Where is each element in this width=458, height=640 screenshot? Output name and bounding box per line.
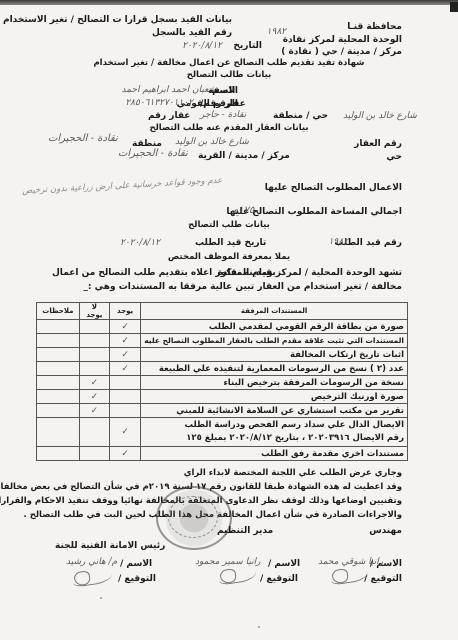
registry-number-value: ١٩٨٢: [267, 27, 286, 38]
property-no-label: رقم العقار: [354, 139, 402, 150]
not-exists-check: [79, 362, 109, 376]
table-row: الايصال الدال علي سداد رسم الفحص ودراسة …: [37, 418, 408, 447]
not-exists-check: [79, 348, 109, 362]
notes-cell: [37, 376, 80, 390]
notes-cell: [37, 320, 80, 334]
document-cell: المستندات التي تثبت علاقة مقدم الطلب بال…: [141, 334, 408, 348]
document-cell: اثبات تاريخ ارتكاب المخالفة: [141, 348, 408, 362]
center-city: مركز / مدينة / حي ( نقادة ): [281, 47, 402, 58]
not-exists-check: [79, 418, 109, 447]
district-label: حي: [386, 152, 402, 163]
request-date-value: ٢٠٢٠/٨/١٢: [120, 238, 160, 249]
engineer-signature-label: التوقيع /: [364, 574, 402, 585]
document-cell: تقرير من مكتب استشاري عن السلامة الانشائ…: [141, 404, 408, 418]
table-row: المستندات التي تثبت علاقة مقدم الطلب بال…: [37, 334, 408, 348]
certificate-document: محافظة قنـا الوحدة المحلية لمركز نقادة م…: [0, 0, 458, 640]
committee-head-signature-icon: [71, 565, 113, 587]
date-value: ٢٠٢٠/٨/١٢: [182, 41, 222, 52]
center-value: نقادة - الحجيرات: [118, 148, 188, 159]
header-not-exists: لا يوجد: [79, 303, 109, 320]
request-section-title: بيانات طلب التصالح: [0, 220, 458, 231]
center-label: مركز / مدينة / القرية: [198, 151, 290, 162]
document-cell: صورة اورنيك الترخيص: [141, 390, 408, 404]
document-cell: عدد (٢ ) نسخ من الرسومات المعمارية لتنفي…: [141, 362, 408, 376]
receipt-description: الايصال الدال علي سداد رسم الفحص ودراسة …: [144, 419, 404, 432]
notes-cell: [37, 362, 80, 376]
district-value: نقادة - حاجر: [200, 110, 246, 121]
header-document: المستندات المرفقة: [141, 303, 408, 320]
certification-line2: مخالفة / تغير استخدام من العقار تبين عال…: [83, 282, 402, 293]
director-signature-icon: [217, 563, 257, 585]
committee-head-name-label: الاسم /: [120, 559, 152, 570]
director-title: مدير التنظيم: [217, 526, 273, 537]
attached-documents-table: المستندات المرفقة يوجد لا يوجد ملاحظات ص…: [36, 302, 408, 461]
works-label: الاعمال المطلوب التصالح عليها: [265, 183, 402, 194]
notes-cell: [37, 418, 80, 447]
exists-check: ✓: [109, 447, 140, 461]
request-no-value: ١٩٨٢: [329, 237, 348, 248]
not-exists-check: [79, 334, 109, 348]
local-unit: الوحدة المحلية لمركز نقادة: [283, 35, 402, 46]
registry-title: بيانات القيد بسجل قرارا ت التصالح / تغير…: [3, 15, 232, 26]
district-label: حي / منطقة: [273, 111, 328, 122]
director-signature-label: التوقيع /: [260, 574, 298, 585]
table-row: مستندات اخري مقدمة رفق الطلب ✓: [37, 447, 408, 461]
document-cell: مستندات اخري مقدمة رفق الطلب: [141, 447, 408, 461]
property-no-label: عقار رقم/: [200, 99, 246, 110]
table-row: تقرير من مكتب استشاري عن السلامة الانشائ…: [37, 404, 408, 418]
committee-head-signature-label: التوقيع /: [118, 574, 156, 585]
notes-cell: [37, 447, 80, 461]
works-value: عدم وجود قواعد خرسانية على ارض زراعية بد…: [22, 176, 223, 197]
body-line1: وجاري عرض الطلب علي اللجنة المختصة لابدا…: [184, 468, 402, 479]
certificate-title: شهادة تفيد تقديم طلب التصالح عن اعمال مخ…: [0, 58, 458, 69]
certification-line1-b: بقيام المذكور اعلاه بتقديم طلب التصالح م…: [52, 268, 276, 279]
not-exists-check: ✓: [79, 404, 109, 418]
committee-head-title: رئيس الامانة الفنية للجنة: [55, 541, 165, 552]
engineer-title: مهندس: [369, 526, 402, 537]
receipt-details: رقم الايصال ٢٠٢٠٣٩١٦ ، بتاريخ ٢٠٢٠/٨/١٢ …: [144, 432, 404, 445]
document-cell: الايصال الدال علي سداد رسم الفحص ودراسة …: [141, 418, 408, 447]
not-exists-check: [79, 320, 109, 334]
exists-check: [109, 376, 140, 390]
property-no-label-2: عقار رقم: [148, 111, 190, 122]
not-exists-check: [79, 447, 109, 461]
director-name-label: الاسم /: [268, 559, 300, 570]
not-exists-check: ✓: [79, 376, 109, 390]
exists-check: ✓: [109, 418, 140, 447]
table-row: صورة من بطاقة الرقم القومي لمقدمي الطلب …: [37, 320, 408, 334]
notes-cell: [37, 348, 80, 362]
official-stamp-icon: [156, 486, 232, 550]
street-value: شارع خالد بن الوليد: [343, 111, 417, 122]
exists-check: ✓: [109, 348, 140, 362]
header-notes: ملاحظات: [37, 303, 80, 320]
exists-check: [109, 390, 140, 404]
exists-check: ✓: [109, 334, 140, 348]
stamp-eagle-emblem-icon: [168, 496, 218, 538]
document-cell: صورة من بطاقة الرقم القومي لمقدمي الطلب: [141, 320, 408, 334]
exists-check: ✓: [109, 362, 140, 376]
national-id-value: ٢٨٥٠٦١٣٢٧٠١١٠٢: [125, 98, 193, 109]
total-area-value: ١٧٥م: [232, 205, 254, 216]
notes-cell: [37, 390, 80, 404]
engineer-signature-icon: [329, 563, 369, 585]
document-cell: نسخة من الرسومات المرفقة بترخيص البناء: [141, 376, 408, 390]
filled-by-note: يملا بمعرفة الموظف المختص: [0, 252, 458, 263]
not-exists-check: ✓: [79, 390, 109, 404]
exists-check: [109, 404, 140, 418]
table-row: نسخة من الرسومات المرفقة بترخيص البناء ✓: [37, 376, 408, 390]
scan-speck: [100, 597, 102, 599]
request-date-label: تاريخ قيد الطلب: [195, 238, 266, 249]
property-street-value: شارع خالد بن الوليد: [175, 137, 249, 148]
applicant-section-title: بيانات طالب التصالح: [0, 70, 458, 81]
date-label: التاريخ: [233, 41, 262, 52]
capacity-label: الصفة: [208, 86, 235, 97]
governorate: محافظة قنـا: [347, 22, 402, 33]
table-row: صورة اورنيك الترخيص ✓: [37, 390, 408, 404]
notes-cell: [37, 404, 80, 418]
scan-speck: [258, 626, 260, 628]
applicant-name-value: شعبان احمد ابراهيم احمد: [122, 85, 216, 96]
area-value: نقادة - الحجيرات: [48, 133, 118, 144]
table-row: عدد (٢ ) نسخ من الرسومات المعمارية لتنفي…: [37, 362, 408, 376]
exists-check: ✓: [109, 320, 140, 334]
table-row: اثبات تاريخ ارتكاب المخالفة ✓: [37, 348, 408, 362]
table-header-row: المستندات المرفقة يوجد لا يوجد ملاحظات: [37, 303, 408, 320]
notes-cell: [37, 334, 80, 348]
header-exists: يوجد: [109, 303, 140, 320]
registry-number-label: رقم القيد بالسجل: [152, 28, 232, 39]
